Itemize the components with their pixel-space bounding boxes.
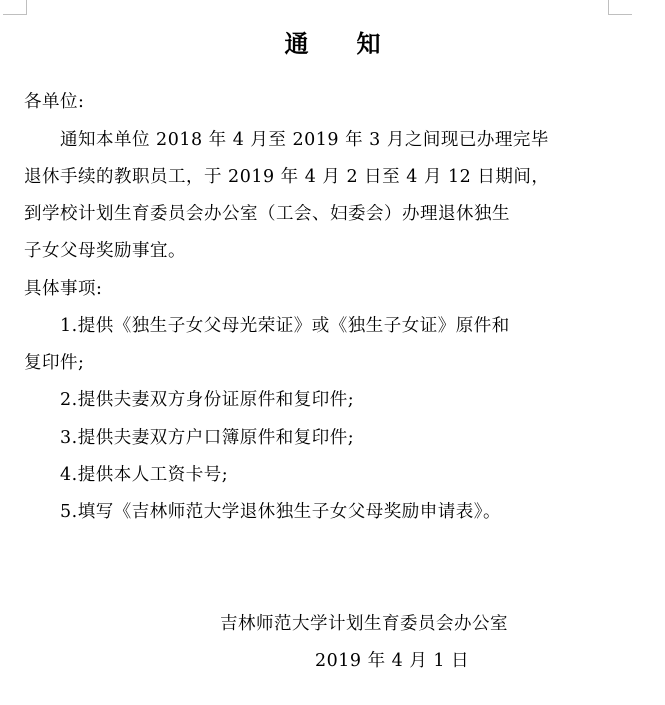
body-line-2: 退休手续的教职员工，于 2019 年 4 月 2 日至 4 月 12 日期间，	[24, 163, 549, 188]
document-title: 通知	[0, 24, 665, 59]
item-3: 3.提供夫妻双方户口簿原件和复印件;	[60, 424, 354, 449]
items-heading: 具体事项:	[24, 275, 102, 300]
item-1-continued: 复印件;	[24, 349, 84, 374]
body-line-3: 到学校计划生育委员会办公室（工会、妇委会）办理退休独生	[24, 200, 510, 225]
title-char-1: 通	[285, 30, 309, 58]
page-corner-mark-top-right	[608, 0, 632, 15]
item-1: 1.提供《独生子女父母光荣证》或《独生子女证》原件和	[60, 312, 510, 337]
title-char-2: 知	[357, 30, 381, 58]
item-5: 5.填写《吉林师范大学退休独生子女父母奖励申请表》。	[60, 498, 501, 523]
signature: 吉林师范大学计划生育委员会办公室	[220, 610, 508, 635]
page-corner-mark-top-left	[3, 0, 27, 15]
salutation: 各单位:	[24, 88, 84, 113]
body-line-4: 子女父母奖励事宜。	[24, 237, 186, 262]
item-4: 4.提供本人工资卡号;	[60, 461, 228, 486]
body-line-1: 通知本单位 2018 年 4 月至 2019 年 3 月之间现已办理完毕	[60, 126, 549, 151]
item-2: 2.提供夫妻双方身份证原件和复印件;	[60, 386, 354, 411]
date: 2019 年 4 月 1 日	[315, 647, 469, 672]
